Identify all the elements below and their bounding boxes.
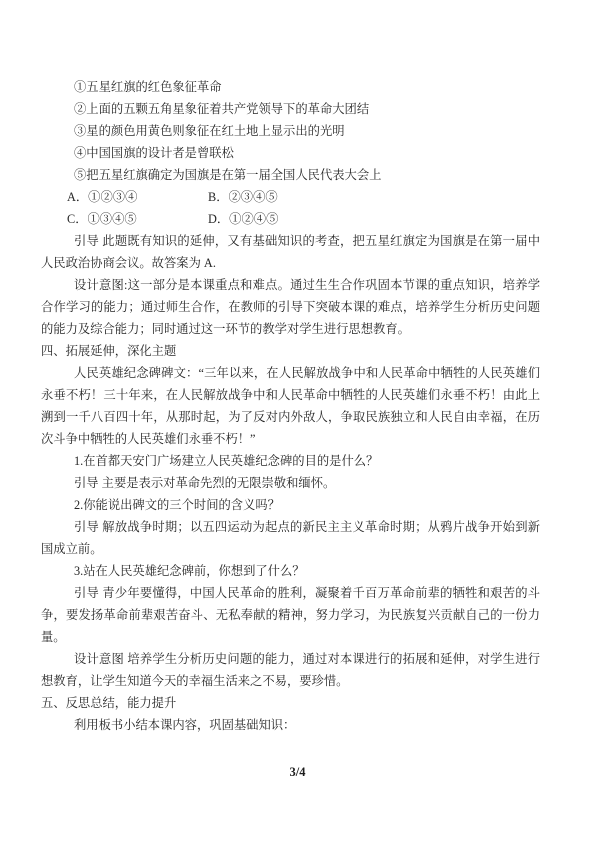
text-line: 设计意图:这一部分是本课重点和难点。通过生生合作巩固本节课的重点知识，培养学生 <box>41 274 540 296</box>
text-line: 引导 主要是表示对革命先烈的无限崇敬和缅怀。 <box>41 472 540 494</box>
text-line: 利用板书小结本课内容，巩固基础知识： <box>41 714 540 736</box>
page-number: 3/4 <box>0 764 595 780</box>
option-right: B．②③④⑤ <box>208 190 278 204</box>
text-line: 次斗争中牺牲的人民英雄们永垂不朽！” <box>41 428 540 450</box>
text-line: 四、拓展延伸，深化主题 <box>41 340 540 362</box>
text-line: 量。 <box>41 626 540 648</box>
text-line: 五、反思总结，能力提升 <box>41 692 540 714</box>
document-page: ①五星红旗的红色象征革命②上面的五颗五角星象征着共产党领导下的革命大团结③星的颜… <box>0 0 595 841</box>
text-line: 合作学习的能力；通过师生合作，在教师的引导下突破本课的难点，培养学生分析历史问题 <box>41 296 540 318</box>
text-line: ②上面的五颗五角星象征着共产党领导下的革命大团结 <box>41 98 540 120</box>
document-body: ①五星红旗的红色象征革命②上面的五颗五角星象征着共产党领导下的革命大团结③星的颜… <box>41 76 540 736</box>
text-line: ①五星红旗的红色象征革命 <box>41 76 540 98</box>
option-left: A．①②③④ <box>67 186 208 208</box>
option-left: C．①③④⑤ <box>67 208 208 230</box>
text-line: 永垂不朽！三十年来，在人民解放战争中和人民革命中牺牲的人民英雄们永垂不朽！由此上 <box>41 384 540 406</box>
text-line: 的能力及综合能力；同时通过这一环节的教学对学生进行思想教育。 <box>41 318 540 340</box>
answer-options-row: C．①③④⑤D．①②④⑤ <box>41 208 540 230</box>
text-line: 想教育，让学生知道今天的幸福生活来之不易，要珍惜。 <box>41 670 540 692</box>
text-line: 引导 青少年要懂得，中国人民革命的胜利，凝聚着千百万革命前辈的牺牲和艰苦的斗 <box>41 582 540 604</box>
answer-options-row: A．①②③④B．②③④⑤ <box>41 186 540 208</box>
text-line: ③星的颜色用黄色则象征在红土地上显示出的光明 <box>41 120 540 142</box>
text-line: 国成立前。 <box>41 538 540 560</box>
text-line: 人民政治协商会议。故答案为 A. <box>41 252 540 274</box>
text-line: ⑤把五星红旗确定为国旗是在第一届全国人民代表大会上 <box>41 164 540 186</box>
text-line: 引导 解放战争时期；以五四运动为起点的新民主主义革命时期；从鸦片战争开始到新中 <box>41 516 540 538</box>
text-line: 2.你能说出碑文的三个时间的含义吗？ <box>41 494 540 516</box>
text-line: 争，要发扬革命前辈艰苦奋斗、无私奉献的精神，努力学习，为民族复兴贡献自己的一份力 <box>41 604 540 626</box>
option-right: D．①②④⑤ <box>208 212 278 226</box>
text-line: 人民英雄纪念碑碑文：“三年以来，在人民解放战争中和人民革命中牺牲的人民英雄们 <box>41 362 540 384</box>
text-line: 1.在首都天安门广场建立人民英雄纪念碑的目的是什么？ <box>41 450 540 472</box>
text-line: 3.站在人民英雄纪念碑前，你想到了什么？ <box>41 560 540 582</box>
text-line: ④中国国旗的设计者是曾联松 <box>41 142 540 164</box>
text-line: 溯到一千八百四十年，从那时起，为了反对内外敌人，争取民族独立和人民自由幸福，在历 <box>41 406 540 428</box>
text-line: 设计意图 培养学生分析历史问题的能力，通过对本课进行的拓展和延伸，对学生进行思 <box>41 648 540 670</box>
text-line: 引导 此题既有知识的延伸，又有基础知识的考查，把五星红旗定为国旗是在第一届中国 <box>41 230 540 252</box>
